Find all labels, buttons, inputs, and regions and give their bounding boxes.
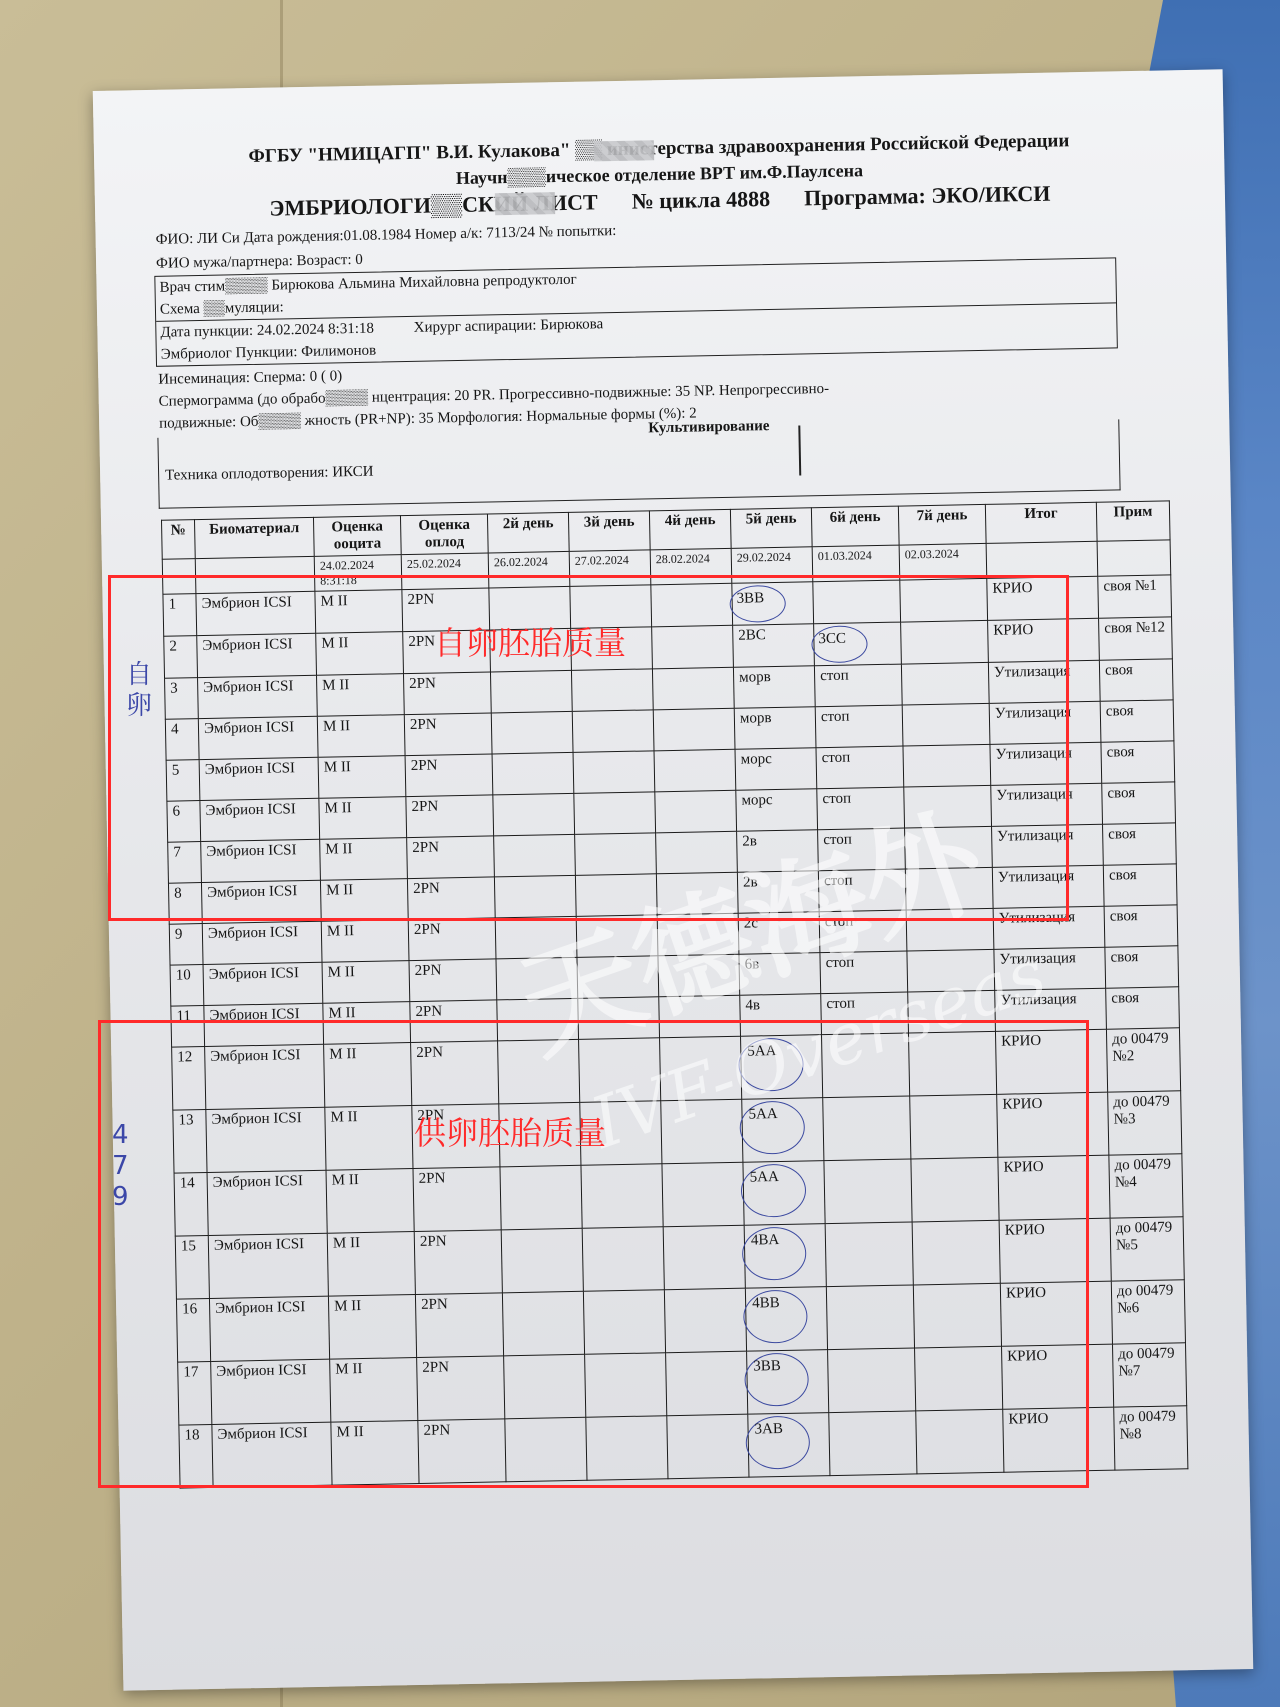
cell-note: своя №1 [1098, 575, 1172, 618]
cell-note: своя [1103, 864, 1177, 906]
cell-result: Утилизация [994, 947, 1106, 990]
column-header: Оценка ооцита [313, 516, 401, 557]
puncture-date: Дата пункции: 24.02.2024 8:31:18 [160, 321, 374, 341]
cultivation-box: Культивирование Техника оплодотворения: … [157, 419, 1120, 508]
column-header: 3й день [568, 511, 650, 552]
cell-note: до 00479 №4 [1109, 1154, 1183, 1218]
cell-note: своя [1100, 700, 1174, 742]
cycle-number: № цикла 4888 [631, 186, 770, 215]
insemination-line: Инсеминация: Сперма: 0 ( 0) [158, 368, 342, 389]
cell-bio: Эмбрион ICSI [202, 921, 322, 964]
cell-oocyte: M II [321, 920, 409, 963]
own-eggs-label: 自卵胚胎质量 [434, 618, 626, 664]
column-date [1097, 540, 1171, 576]
cell-note: своя [1103, 823, 1177, 865]
surgeon: Хирург аспирации: Бирюкова [414, 316, 604, 336]
program: Программа: ЭКО/ИКСИ [804, 181, 1051, 212]
column-header: Итог [985, 502, 1097, 543]
donor-eggs-highlight-box [98, 1020, 1089, 1488]
cell-fert: 2PN [409, 959, 497, 1002]
column-header: 5й день [730, 508, 812, 549]
column-header: Биоматериал [194, 517, 314, 558]
cell-fert: 2PN [408, 918, 496, 961]
cell-bio: Эмбрион ICSI [203, 962, 323, 1005]
cell-d4 [658, 954, 740, 997]
column-header: Оценка оплод [400, 514, 488, 555]
cell-note: своя [1105, 946, 1179, 988]
cell-d5: 6в [739, 953, 821, 996]
cell-d3 [577, 956, 659, 999]
cell-note: своя [1101, 741, 1175, 783]
cell-d2 [496, 957, 578, 1000]
cell-note: до 00479 №2 [1106, 1028, 1180, 1092]
cell-note: до 00479 №7 [1112, 1343, 1186, 1407]
column-header: 7й день [898, 504, 986, 545]
handwritten-own-note: 自 卵 [126, 660, 156, 722]
cell-note: своя [1106, 987, 1180, 1029]
cell-note: своя [1099, 659, 1173, 701]
cell-note: своя [1104, 905, 1178, 947]
cultivation-title: Культивирование [648, 418, 769, 437]
column-header: 6й день [811, 506, 899, 547]
cell-note: до 00479 №5 [1110, 1217, 1184, 1281]
column-header: № [161, 520, 195, 560]
cell-n: 10 [170, 965, 204, 1007]
cell-note: до 00479 №6 [1111, 1280, 1185, 1344]
cell-n: 9 [169, 924, 203, 966]
handwritten-donor-note: 4 7 9 [112, 1120, 142, 1214]
column-header: 4й день [649, 509, 731, 550]
cell-note: до 00479 №8 [1114, 1406, 1188, 1470]
column-header: Прим [1096, 501, 1170, 541]
fertilization-technique: Техника оплодотворения: ИКСИ [165, 464, 374, 485]
cell-oocyte: M II [322, 961, 410, 1004]
cell-d3 [576, 915, 658, 958]
redaction-blur [495, 192, 555, 215]
donor-eggs-label: 供卵胚胎质量 [414, 1108, 606, 1154]
partner-line: ФИО мужа/партнера: Возраст: 0 [156, 252, 363, 273]
cell-d7 [907, 949, 995, 992]
redaction-blur [594, 140, 654, 161]
cell-note: своя [1102, 782, 1176, 824]
cell-d2 [495, 916, 577, 959]
cultivation-divider [798, 425, 800, 475]
column-date [986, 541, 1098, 578]
patient-line: ФИО: ЛИ Си Дата рождения:01.08.1984 Номе… [155, 223, 616, 249]
column-header: 2й день [487, 512, 569, 553]
cell-note: своя №12 [1099, 617, 1173, 660]
cell-note: до 00479 №3 [1108, 1091, 1182, 1155]
info-box: Врач стим▒▒▒▒ Бирюкова Альмина Михайловн… [154, 257, 1118, 366]
cell-d6: стоп [820, 951, 908, 994]
